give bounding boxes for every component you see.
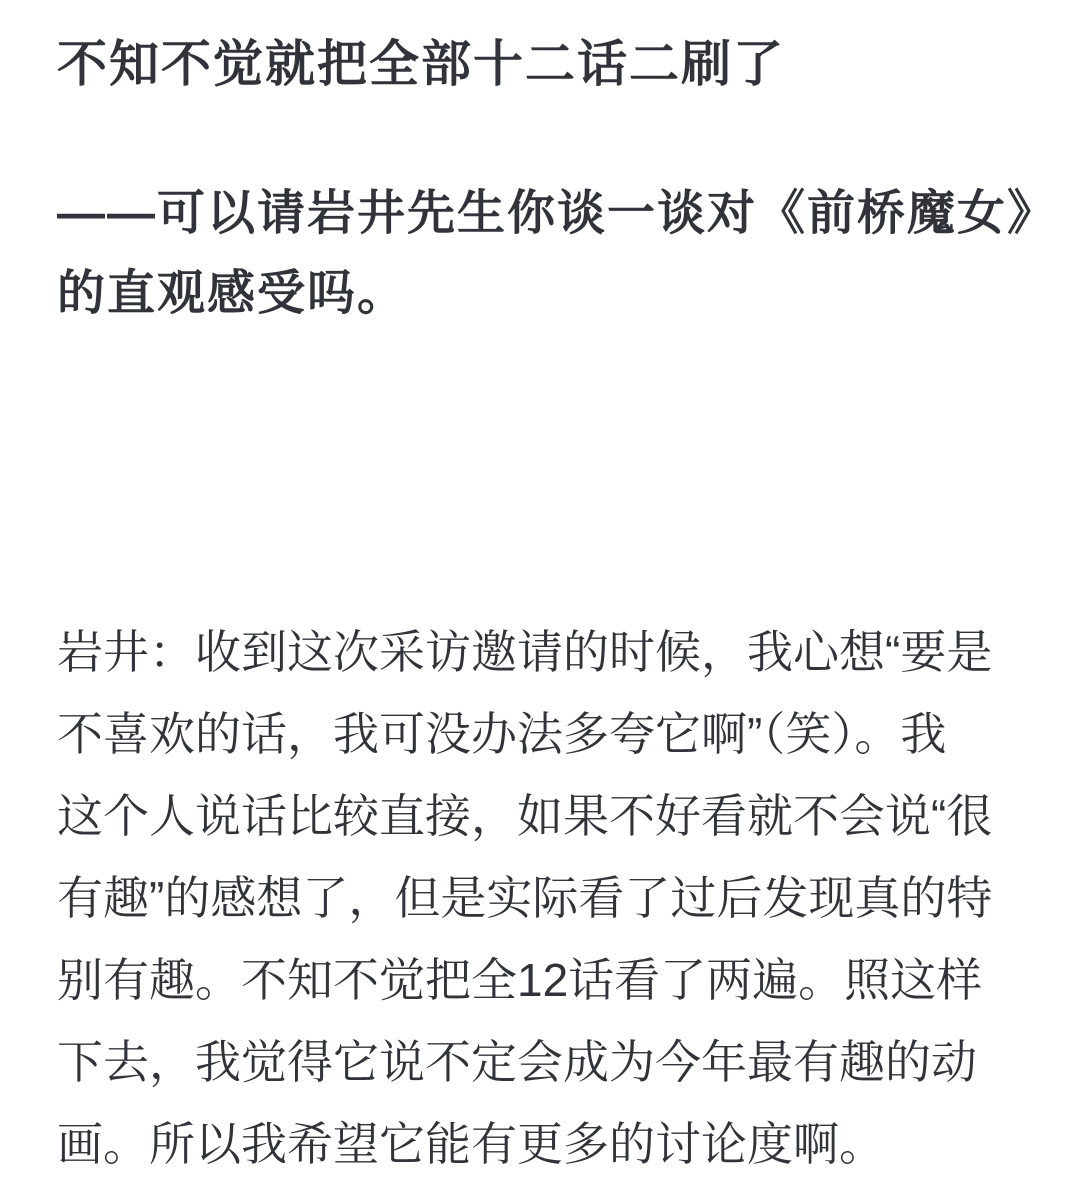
- interview-answer: 岩井：收到这次采访邀请的时候，我心想“要是 不喜欢的话，我可没办法多夸它啊”（笑…: [57, 611, 1023, 1185]
- question-line: 的直观感受吗。: [57, 254, 1023, 334]
- answer-line: 有趣”的感想了，但是实际看了过后发现真的特: [57, 857, 1023, 939]
- answer-line: 这个人说话比较直接，如果不好看就不会说“很: [57, 775, 1023, 857]
- question-line: ——可以请岩井先生你谈一谈对《前桥魔女》: [57, 174, 1023, 254]
- answer-line: 别有趣。不知不觉把全12话看了两遍。照这样: [57, 939, 1023, 1021]
- answer-line: 画。所以我希望它能有更多的讨论度啊。: [57, 1103, 1023, 1185]
- interview-question: ——可以请岩井先生你谈一谈对《前桥魔女》 的直观感受吗。: [57, 174, 1023, 334]
- article-page: 不知不觉就把全部十二话二刷了 ——可以请岩井先生你谈一谈对《前桥魔女》 的直观感…: [0, 0, 1080, 1185]
- article-title: 不知不觉就把全部十二话二刷了: [57, 28, 1023, 100]
- answer-line: 不喜欢的话，我可没办法多夸它啊”（笑）。我: [57, 693, 1023, 775]
- answer-line: 下去，我觉得它说不定会成为今年最有趣的动: [57, 1021, 1023, 1103]
- answer-line: 岩井：收到这次采访邀请的时候，我心想“要是: [57, 611, 1023, 693]
